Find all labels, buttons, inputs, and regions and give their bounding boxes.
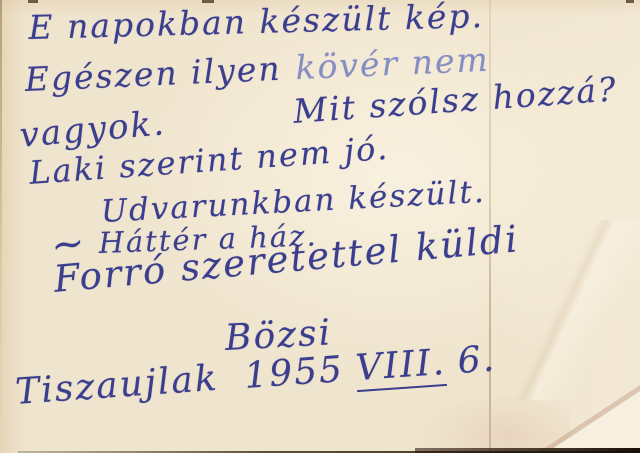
date-day: 6. bbox=[456, 338, 497, 382]
date-year: 1955 bbox=[243, 349, 345, 397]
fold-shadow-blush bbox=[420, 393, 570, 453]
bottom-edge-dark bbox=[415, 448, 640, 453]
place-name: Tiszaujlak bbox=[14, 358, 220, 413]
top-edge-speck bbox=[28, 0, 38, 3]
date-month: VIII. bbox=[354, 342, 447, 392]
handwritten-line-1: E napokban készült kép. bbox=[28, 0, 484, 47]
top-edge-speck bbox=[626, 0, 634, 3]
left-edge-shade bbox=[0, 0, 2, 453]
note-paper: E napokban készült kép. Egészen ilyenköv… bbox=[0, 0, 640, 453]
line-2-dark-segment: Egészen ilyen bbox=[24, 49, 282, 99]
